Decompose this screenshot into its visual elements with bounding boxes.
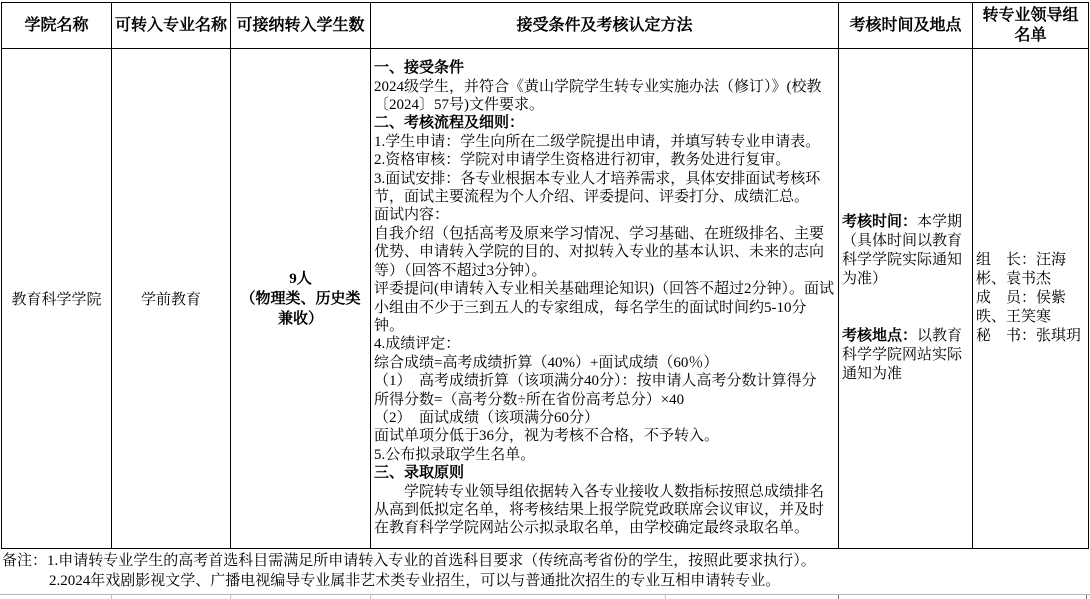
major-name-cell: 学前教育 xyxy=(112,49,231,549)
schedule-place: 考核地点：以教育科学学院网站实际通知为准 xyxy=(842,327,969,384)
footnote-1: 备注：1.申请转专业学生的高考首选科目需满足所申请转入专业的首选科目要求（传统高… xyxy=(2,551,1088,571)
conditions-paragraph: 学院转专业领导组依据转入各专业接收人数指标按照总成绩排名从高到低拟定名单，将考核… xyxy=(374,483,835,538)
gridline-tick xyxy=(370,595,371,599)
gridline-tick xyxy=(111,595,112,599)
conditions-paragraph: 评委提问(申请转入专业相关基础理论知识)（回答不超过2分钟）。面试小组由不少于三… xyxy=(374,280,835,335)
gridline-tick xyxy=(230,595,231,599)
schedule-place-label: 考核地点： xyxy=(842,328,917,344)
table-header-row: 学院名称 可转入专业名称 可接纳转入学生数 接受条件及考核认定方法 考核时间及地… xyxy=(2,3,1089,49)
schedule-time-label: 考核时间： xyxy=(842,214,917,230)
leader-group-cell: 组 长：汪海彬、袁书杰 成 员：侯紫昳、王笑寒 秘 书：张琪玥 xyxy=(973,49,1089,549)
capacity-cell: 9人 （物理类、历史类兼收） xyxy=(231,49,371,549)
footnotes: 备注：1.申请转专业学生的高考首选科目需满足所申请转入专业的首选科目要求（传统高… xyxy=(2,551,1088,591)
transfer-major-sheet: 学院名称 可转入专业名称 可接纳转入学生数 接受条件及考核认定方法 考核时间及地… xyxy=(1,2,1088,549)
college-name-cell: 教育科学学院 xyxy=(2,49,112,549)
header-capacity: 可接纳转入学生数 xyxy=(231,3,371,49)
conditions-cell: 一、接受条件 2024级学生，并符合《黄山学院学生转专业实施办法（修订）》(校教… xyxy=(371,49,839,549)
capacity-note: （物理类、历史类兼收） xyxy=(234,289,367,329)
conditions-paragraph: 2024级学生，并符合《黄山学院学生转专业实施办法（修订）》(校教〔2024〕5… xyxy=(374,78,835,115)
conditions-paragraph: 5.公布拟录取学生名单。 xyxy=(374,446,835,464)
schedule-time: 考核时间：本学期（具体时间以教育科学学院实际通知为准） xyxy=(842,213,969,289)
header-leader-group: 转专业领导组名单 xyxy=(973,3,1089,49)
conditions-paragraph: 4.成绩评定： xyxy=(374,335,835,353)
leader-group-members: 成 员：侯紫昳、王笑寒 xyxy=(976,289,1085,327)
gridline-tick xyxy=(665,595,666,599)
table-row: 教育科学学院 学前教育 9人 （物理类、历史类兼收） 一、接受条件 2024级学… xyxy=(2,49,1089,549)
conditions-paragraph: 面试单项分低于36分，视为考核不合格，不予转入。 xyxy=(374,427,835,445)
header-conditions: 接受条件及考核认定方法 xyxy=(371,3,839,49)
conditions-paragraph: （2） 面试成绩（该项满分60分） xyxy=(374,409,835,427)
conditions-paragraph: 3.面试安排：各专业根据本专业人才培养需求，具体安排面试考核环节，面试主要流程为… xyxy=(374,170,835,207)
header-college-name: 学院名称 xyxy=(2,3,112,49)
conditions-paragraph: 自我介绍（包括高考及原来学习情况、学习基础、在班级排名、主要优势、申请转入学院的… xyxy=(374,225,835,280)
conditions-paragraph: 2.资格审核：学院对申请学生资格进行初审，教务处进行复审。 xyxy=(374,151,835,169)
footnote-2: 2.2024年戏剧影视文学、广播电视编导专业属非艺术类专业招生，可以与普通批次招… xyxy=(2,571,1088,591)
gridline-tick xyxy=(838,595,839,599)
capacity-count: 9人 xyxy=(234,269,367,289)
header-major-name: 可转入专业名称 xyxy=(112,3,231,49)
conditions-paragraph: 面试内容： xyxy=(374,206,835,224)
conditions-paragraph: 所得分数=（高考分数÷所在省份高考总分）×40 xyxy=(374,391,835,409)
conditions-section2-title: 二、考核流程及细则： xyxy=(374,114,835,132)
conditions-paragraph: （1） 高考成绩折算（该项满分40分）：按申请人高考分数计算得分 xyxy=(374,372,835,390)
transfer-major-table: 学院名称 可转入专业名称 可接纳转入学生数 接受条件及考核认定方法 考核时间及地… xyxy=(1,2,1089,549)
conditions-section3-title: 三、录取原则 xyxy=(374,464,835,482)
conditions-paragraph: 1.学生申请：学生向所在二级学院提出申请，并填写转专业申请表。 xyxy=(374,133,835,151)
conditions-paragraph: 综合成绩=高考成绩折算（40%）+面试成绩（60％） xyxy=(374,354,835,372)
conditions-section1-title: 一、接受条件 xyxy=(374,59,835,77)
header-schedule: 考核时间及地点 xyxy=(839,3,973,49)
gridline-tick xyxy=(1086,595,1087,599)
next-table-cutoff-edge xyxy=(0,594,1090,599)
schedule-cell: 考核时间：本学期（具体时间以教育科学学院实际通知为准） 考核地点：以教育科学学院… xyxy=(839,49,973,549)
leader-group-head: 组 长：汪海彬、袁书杰 xyxy=(976,251,1085,289)
leader-group-secretary: 秘 书：张琪玥 xyxy=(976,327,1085,346)
